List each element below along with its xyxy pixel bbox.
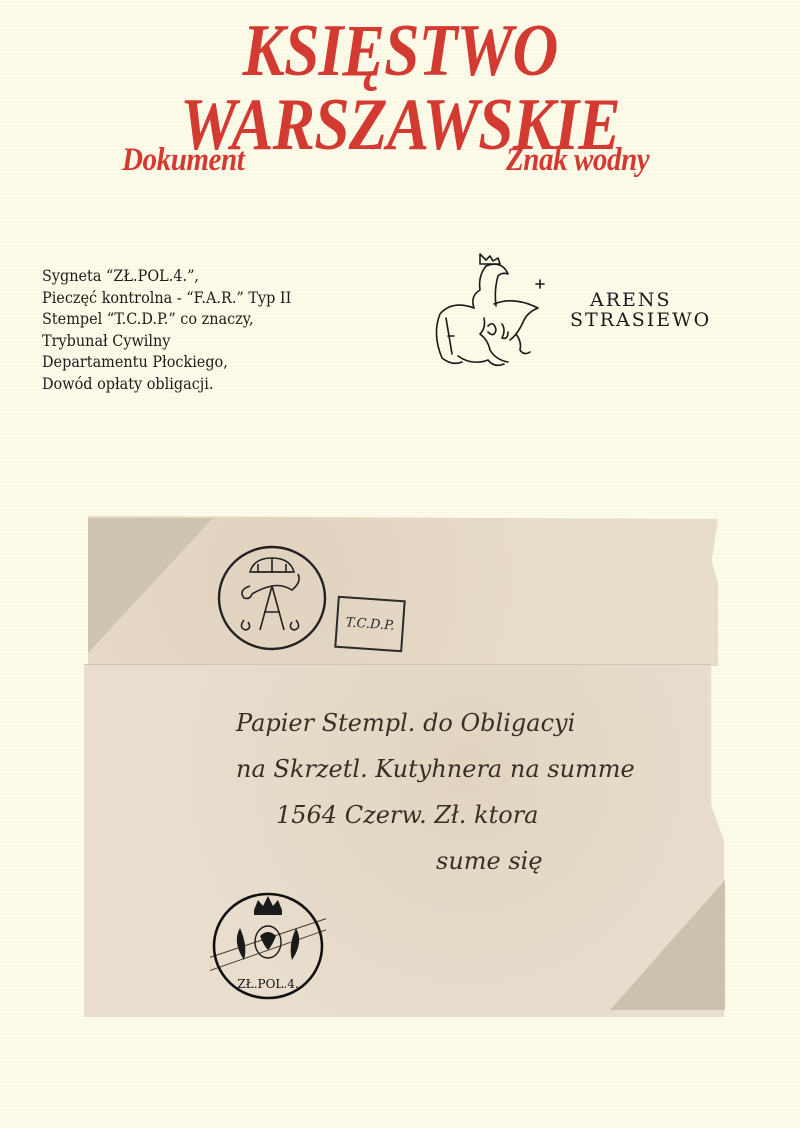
eagle-watermark-icon bbox=[428, 248, 558, 378]
tcdp-box-stamp: T.C.D.P. bbox=[334, 596, 405, 653]
watermark-line: ARENS bbox=[570, 290, 711, 310]
heading-watermark: Znak wodny bbox=[506, 142, 649, 179]
far-monogram-stamp bbox=[214, 542, 330, 654]
description-line: Sygneta “ZŁ.POL.4.”, bbox=[42, 266, 291, 288]
document-description: Sygneta “ZŁ.POL.4.”, Pieczęć kontrolna -… bbox=[42, 266, 291, 395]
description-line: Dowód opłaty obligacji. bbox=[42, 374, 291, 396]
handwriting-line: sume się bbox=[226, 838, 706, 884]
watermark-text: ARENS STRASIEWO bbox=[570, 290, 711, 330]
signet-text: ZŁ.POL.4. bbox=[237, 977, 298, 991]
description-line: Stempel “T.C.D.P.” co znaczy, bbox=[42, 309, 291, 331]
handwriting-line: 1564 Czerw. Zł. ktora bbox=[226, 792, 706, 838]
watermark-line: STRASIEWO bbox=[570, 310, 711, 330]
signet-zl-pol-stamp: ZŁ.POL.4. bbox=[210, 884, 326, 1002]
description-line: Trybunał Cywilny bbox=[42, 331, 291, 353]
page-title: KSIĘSTWO WARSZAWSKIE bbox=[56, 14, 744, 162]
heading-document: Dokument bbox=[122, 142, 244, 179]
handwriting-line: na Skrzetl. Kutyhnera na summe bbox=[226, 746, 706, 792]
description-line: Pieczęć kontrolna - “F.A.R.” Typ II bbox=[42, 288, 291, 310]
handwriting-line: Papier Stempl. do Obligacyi bbox=[226, 700, 706, 746]
description-line: Departamentu Płockiego, bbox=[42, 352, 291, 374]
